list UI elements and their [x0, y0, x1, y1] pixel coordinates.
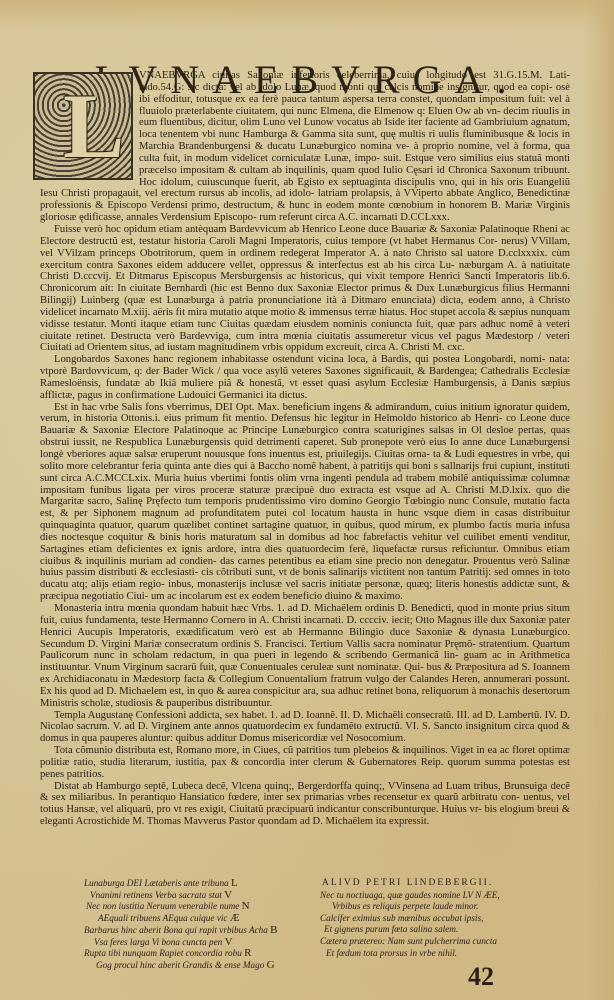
text-line: Templa Augustanę Confessioni addicta, se…: [54, 710, 542, 721]
poem-line: Et gignens purum fœta salina salem.: [320, 924, 520, 936]
paragraph-salt-spring: Est in hac vrbe Salis fons vberrimus, DE…: [40, 402, 570, 603]
text-line: VNAEBVRGA ciuitas Saxoniæ inferioris cel…: [139, 70, 570, 81]
poem-line: Nec non iustitia Neruum venerabile nume …: [84, 901, 274, 913]
book-page: LVNAEBVRGA. L VNAEBVRGA ciuitas Saxoniæ …: [0, 0, 614, 1000]
poem-line: Cætera prætereo: Nam sunt pulcherrima cu…: [320, 936, 520, 948]
epigram-heading: ALIVD PETRI LINDEBERGII.: [320, 878, 520, 890]
main-text: L VNAEBVRGA ciuitas Saxoniæ inferioris c…: [40, 70, 570, 828]
poem-line: Rupta tibi nunquam Rapiet concordia robu…: [84, 948, 274, 960]
paragraph-longobards: Longobardos Saxones hanc regionem inhabi…: [40, 354, 570, 401]
text-line: rum referunt circa A.C. incarnati D.CCLx…: [259, 212, 449, 223]
text-line: Fuisse verò hoc opidum etiam antèquam Ba…: [54, 224, 530, 235]
ornamental-dropcap-icon: L: [33, 72, 133, 180]
text-line: Tota cõmunio distributa est, Romano more…: [54, 745, 535, 756]
paragraph-community: Tota cõmunio distributa est, Romano more…: [40, 745, 570, 781]
page-edge-shadow-right: [584, 0, 614, 1000]
text-line: oppidum excreuit, circa A. Christi M. cx…: [286, 342, 465, 353]
text-line: Longobardos Saxones hanc regionem inhabi…: [54, 354, 545, 365]
acrostic-poem: Lunaburga DEI Lætaberis ante tribuna L V…: [84, 878, 274, 972]
poem-line: AEquali tribuens AEqua cuique vic Æ: [84, 913, 274, 925]
page-number: 42: [468, 962, 494, 992]
poem-line: Et fœdum tota prorsus in vrbe nihil.: [320, 948, 520, 960]
text-line: Est in hac vrbe Salis fons vberrimus, DE…: [54, 402, 532, 413]
text-line: Distat ab Hamburgo septẽ, Lubeca decẽ, V…: [54, 781, 547, 792]
epigram-poem: ALIVD PETRI LINDEBERGII. Nec tu noctiuag…: [320, 878, 520, 959]
paragraph-monasteries: Monasteria intra mœnia quondam habuit hæ…: [40, 603, 570, 710]
dropcap-letter: L: [63, 80, 103, 172]
text-line: um ac incolarum est ex eodem beneficio d…: [151, 591, 403, 602]
page-edge-shadow-top: [0, 0, 614, 32]
poem-line: Calcifer eximius sub mœnibus accubat ips…: [320, 913, 520, 925]
poem-line: Gog procul hinc aberit Grandis & ense Ma…: [84, 960, 274, 972]
text-line: Monasteria intra mœnia quondam habuit hæ…: [54, 603, 543, 614]
poem-line: Nec tu noctiuaga, quæ gaudes nomine LV N…: [320, 890, 520, 902]
poem-line: Lunaburga DEI Lætaberis ante tribuna L: [84, 878, 274, 890]
paragraph-history: Fuisse verò hoc opidum etiam antèquam Ba…: [40, 224, 570, 354]
poem-line: Barbarus hinc aberit Bona qui rapit vrbi…: [84, 925, 274, 937]
poems-section: Lunaburga DEI Lætaberis ante tribuna L V…: [0, 878, 614, 978]
paragraph-distances: Distat ab Hamburgo septẽ, Lubeca decẽ, V…: [40, 781, 570, 828]
paragraph-temples: Templa Augustanę Confessioni addicta, se…: [40, 710, 570, 746]
text-line: tudo.54.G: sic dicta: vel ab idolo Lunæ,…: [139, 82, 552, 93]
poem-line: Vrbibus es reliquis perpete laude minor.: [320, 901, 520, 913]
